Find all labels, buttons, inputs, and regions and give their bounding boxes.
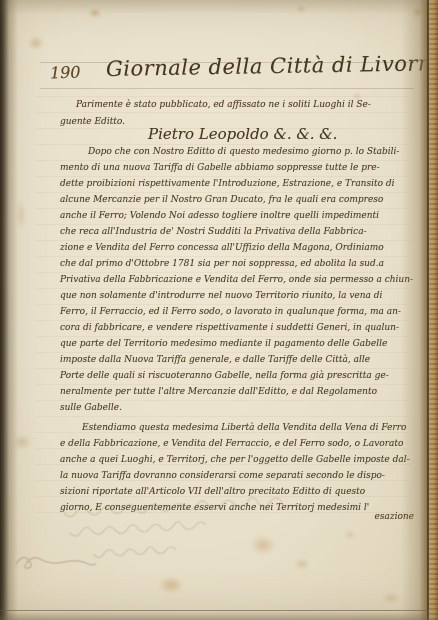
text-line: cora di fabbricare, e vendere rispettiva… — [60, 320, 414, 336]
edict-paragraph-1: Dopo che con Nostro Editto di questo med… — [60, 144, 414, 416]
text-line: que non solamente d'introdurre nel nuovo… — [60, 288, 414, 304]
text-line: anche il Ferro; Volendo Noi adesso togli… — [60, 208, 414, 224]
intro-line-2: guente Editto. — [60, 117, 125, 127]
text-line: Dopo che con Nostro Editto di questo med… — [60, 144, 414, 160]
text-line: Ferro, il Ferraccio, ed il Ferro sodo, o… — [60, 304, 414, 320]
foxing-stain — [294, 558, 310, 570]
text-line: alcune Mercanzie per il Nostro Gran Duca… — [60, 192, 414, 208]
text-line: Porte delle quali si riscuoteranno Gabel… — [60, 368, 414, 384]
foxing-stain — [158, 576, 184, 594]
edict-heading: Pietro Leopoldo &. &. &. — [148, 125, 337, 143]
binding-shadow — [0, 0, 18, 620]
margin-flourish — [12, 552, 100, 578]
foxing-stain — [352, 92, 362, 100]
text-line: Privativa della Fabbricazione e Vendita … — [60, 272, 414, 288]
text-line: que parte del Territorio medesimo median… — [60, 336, 414, 352]
intro-line-1: Parimente è stato pubblicato, ed affissa… — [76, 100, 371, 110]
page-bottom-edge — [0, 610, 429, 620]
text-line: sulle Gabelle. — [60, 400, 414, 416]
foxing-stain — [296, 5, 306, 13]
verso-bleedthrough — [88, 542, 179, 559]
foxing-stain — [344, 530, 356, 540]
book-fore-edge — [429, 0, 438, 620]
text-line: anche a quei Luoghi, e Territorj, che pe… — [60, 452, 414, 468]
page-top-shadow — [0, 0, 438, 14]
text-line: imposte dalla Nuova Tariffa generale, e … — [60, 352, 414, 368]
manuscript-page-photo: 190 Giornale della Città di Livorno Pari… — [0, 0, 438, 620]
text-line: Estendiamo questa medesima Libertà della… — [60, 420, 414, 436]
text-line: che reca all'Industria de' Nostri Suddit… — [60, 224, 414, 240]
foxing-stain — [250, 535, 276, 555]
text-line: dette proibizioni rispettivamente l'Intr… — [60, 176, 414, 192]
foxing-stain — [28, 36, 44, 50]
text-line: la nuova Tariffa dovranno considerarsi c… — [60, 468, 414, 484]
page-title: Giornale della Città di Livorno — [106, 51, 438, 81]
page-curl-shadow — [401, 0, 427, 620]
page-number: 190 — [50, 62, 81, 82]
foxing-stain — [88, 8, 102, 18]
text-line: che dal primo d'Ottobre 1781 sia per noi… — [60, 256, 414, 272]
foxing-stain — [382, 592, 400, 604]
ruled-guide-line — [40, 88, 414, 89]
text-line: e della Fabbricazione, e Vendita del Fer… — [60, 436, 414, 452]
text-line: neralmente per tutte l'altre Mercanzie d… — [60, 384, 414, 400]
text-line: zione e Vendita del Ferro concessa all'U… — [60, 240, 414, 256]
text-line: mento di una nuova Tariffa di Gabelle ab… — [60, 160, 414, 176]
